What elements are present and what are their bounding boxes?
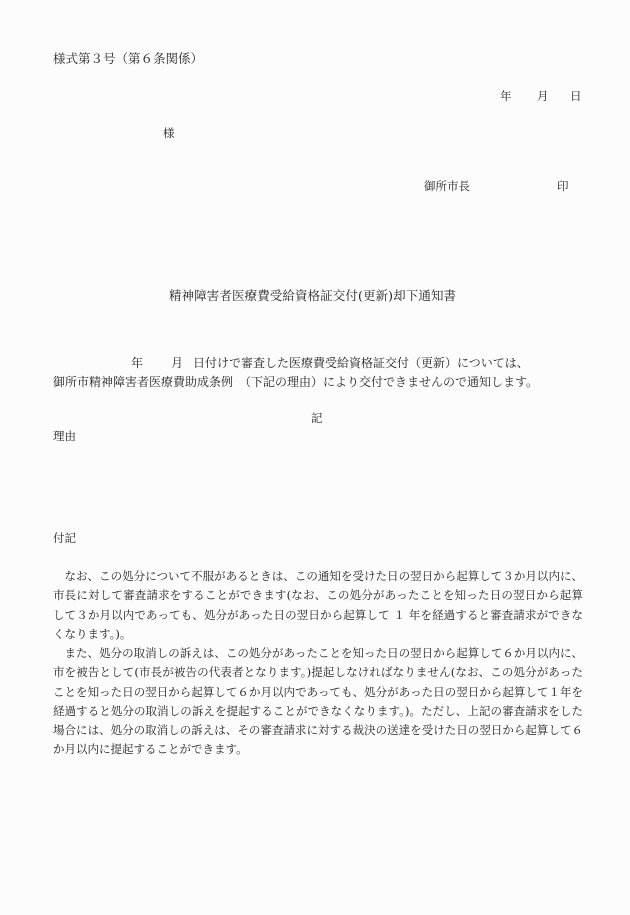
issuer-name: 御所市長 (424, 178, 470, 194)
date-month-label: 月 (537, 88, 549, 104)
appendix-paragraph: また、処分の取消しの訴えは、この処分があったことを知った日の翌日から起算して６か… (53, 644, 583, 760)
intro-line-1: 日付けで審査した医療費受給資格証交付（更新）については、 (193, 354, 529, 371)
date-year-label: 年 (500, 88, 512, 104)
document-title: 精神障害者医療費受給資格証交付(更新)却下通知書 (169, 286, 456, 304)
form-number: 様式第３号（第６条関係） (53, 49, 203, 67)
appendix-heading: 付記 (53, 530, 76, 546)
intro-month-label: 月 (171, 354, 183, 371)
addressee-suffix: 様 (163, 125, 175, 141)
intro-year-label: 年 (131, 354, 143, 371)
seal-mark: 印 (557, 178, 569, 194)
appendix-paragraph: なお、この処分について不服があるときは、この通知を受けた日の翌日から起算して３か… (53, 567, 583, 644)
reason-label: 理由 (53, 428, 76, 444)
intro-line-2: 御所市精神障害者医療費助成条例 （下記の理由）により交付できませんので通知します… (53, 373, 538, 390)
ki-heading: 記 (311, 410, 323, 426)
date-day-label: 日 (570, 88, 582, 104)
